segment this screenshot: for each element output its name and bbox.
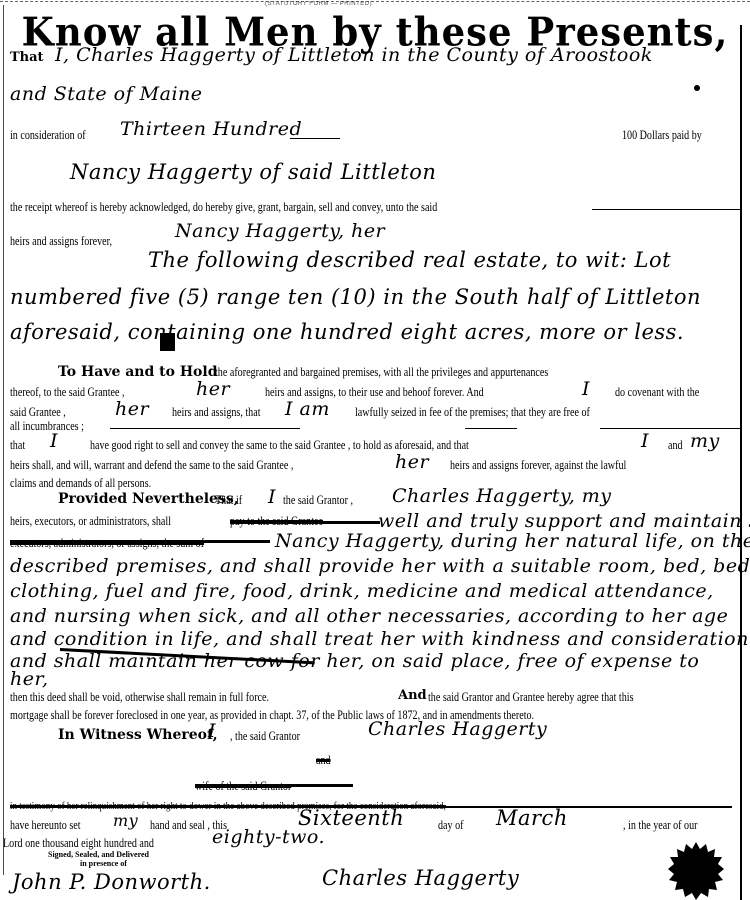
defeasance-line-1a: then this deed shall be void, otherwise … bbox=[10, 690, 269, 705]
grantor-line-2: and State of Maine bbox=[10, 83, 203, 105]
description-line-2: numbered five (5) range ten (10) in the … bbox=[10, 285, 701, 309]
habendum-line-3c: lawfully seized in fee of the premises; … bbox=[355, 405, 590, 420]
covenant-i-2: I bbox=[641, 430, 649, 452]
habendum-her-1: her bbox=[196, 378, 230, 400]
habendum-heading: To Have and to Hold bbox=[58, 364, 218, 380]
month-hand: March bbox=[496, 806, 568, 830]
fill-rule bbox=[290, 138, 340, 139]
day-of-label: day of bbox=[438, 818, 463, 833]
fill-rule bbox=[465, 428, 517, 429]
defeasance-line-1b: the said Grantor and Grantee hereby agre… bbox=[428, 690, 634, 705]
covenant-line-1a: that bbox=[10, 438, 25, 453]
covenant-line-1c: and bbox=[668, 438, 683, 453]
proviso-line-6-hand: and nursing when sick, and all other nec… bbox=[10, 605, 728, 627]
grantor-line-1: I, Charles Haggerty of Littleton in the … bbox=[55, 44, 653, 66]
paid-by-name: Nancy Haggerty of said Littleton bbox=[70, 160, 436, 184]
proviso-line-1a: That if bbox=[215, 493, 242, 508]
habendum-line-4: all incumbrances ; bbox=[10, 419, 84, 434]
covenant-line-2a: heirs shall, and will, warrant and defen… bbox=[10, 458, 293, 473]
lord-line: Lord one thousand eight hundred and bbox=[3, 836, 154, 851]
proviso-line-2-hand: well and truly support and maintain said bbox=[378, 510, 750, 532]
fill-rule bbox=[600, 428, 740, 429]
signed-label-line-1: Signed, Sealed, and Delivered bbox=[48, 850, 149, 859]
proviso-heading: Provided Nevertheless, bbox=[58, 491, 239, 507]
grantee-name-written: Nancy Haggerty, her bbox=[175, 220, 385, 242]
receipt-clause: the receipt whereof is hereby acknowledg… bbox=[10, 200, 437, 215]
signed-label-line-2: in presence of bbox=[48, 859, 149, 868]
heirs-label: heirs and assigns forever, bbox=[10, 234, 112, 249]
consideration-label: in consideration of bbox=[10, 128, 86, 143]
fill-rule bbox=[592, 209, 740, 210]
header-note: (STATUTORY FORM — PRINTED) bbox=[265, 1, 372, 7]
year-label: , in the year of our bbox=[623, 818, 697, 833]
year-hand: eighty-two. bbox=[212, 826, 325, 848]
habendum-line-2c: do covenant with the bbox=[615, 385, 699, 400]
signed-label: Signed, Sealed, and Delivered in presenc… bbox=[48, 850, 149, 868]
proviso-line-7-hand: and condition in life, and shall treat h… bbox=[10, 628, 749, 650]
seal-icon bbox=[668, 842, 724, 900]
struck-and: and bbox=[316, 753, 331, 768]
proviso-line-4-hand: described premises, and shall provide he… bbox=[10, 555, 750, 577]
proviso-line-5-hand: clothing, fuel and fire, food, drink, me… bbox=[10, 580, 714, 602]
testimonium-heading: In Witness Whereof, bbox=[58, 727, 218, 743]
proviso-line-3-hand: Nancy Haggerty, during her natural life,… bbox=[275, 530, 750, 552]
proviso-grantor-hand: Charles Haggerty, my bbox=[392, 485, 612, 507]
covenant-her: her bbox=[395, 451, 429, 473]
covenant-my: my bbox=[690, 430, 720, 452]
witness-signature: John P. Donworth. bbox=[12, 870, 211, 894]
proviso-i: I bbox=[268, 486, 276, 508]
strike-rule bbox=[10, 540, 270, 543]
defeasance-and: And bbox=[398, 688, 427, 703]
habendum-i-am: I am bbox=[285, 398, 330, 420]
strike-rule bbox=[230, 521, 380, 524]
ink-blot bbox=[160, 333, 175, 351]
proviso-line-2a: heirs, executors, or administrators, sha… bbox=[10, 514, 171, 529]
proviso-line-1b: the said Grantor , bbox=[283, 493, 353, 508]
covenant-line-2b: heirs and assigns forever, against the l… bbox=[450, 458, 626, 473]
testimonium-grantor-hand: Charles Haggerty bbox=[368, 718, 547, 740]
proviso-struck-2: executors, administrators, or assigns, t… bbox=[10, 536, 204, 551]
covenant-line-3: claims and demands of all persons. bbox=[10, 476, 151, 491]
covenant-i-1: I bbox=[50, 430, 58, 452]
habendum-line-3a: said Grantee , bbox=[10, 405, 66, 420]
description-line-1: The following described real estate, to … bbox=[148, 248, 671, 272]
habendum-line-3b: heirs and assigns, that bbox=[172, 405, 261, 420]
left-border bbox=[3, 5, 4, 875]
ink-dot bbox=[694, 85, 700, 91]
strike-rule bbox=[195, 784, 353, 787]
fill-rule bbox=[110, 428, 300, 429]
that-label: That bbox=[10, 50, 44, 65]
deed-page: (STATUTORY FORM — PRINTED) Know all Men … bbox=[0, 0, 750, 900]
habendum-line-2a: thereof, to the said Grantee , bbox=[10, 385, 125, 400]
grantor-signature: Charles Haggerty bbox=[322, 866, 519, 890]
top-border bbox=[0, 1, 750, 3]
testimonium-my: my bbox=[113, 811, 138, 830]
consideration-amount: Thirteen Hundred bbox=[120, 118, 302, 140]
right-border bbox=[740, 25, 742, 900]
habendum-i-1: I bbox=[582, 378, 590, 400]
testimonium-line-a: have hereunto set bbox=[10, 818, 81, 833]
habendum-line-1: the aforegranted and bargained premises,… bbox=[215, 365, 548, 380]
habendum-her-2: her bbox=[115, 398, 149, 420]
dollars-label: 100 Dollars paid by bbox=[622, 128, 702, 143]
testimonium-label: , the said Grantor bbox=[230, 729, 300, 744]
testimonium-i: I bbox=[208, 720, 216, 742]
proviso-line-9-hand: her, bbox=[10, 668, 49, 690]
description-line-3: aforesaid, containing one hundred eight … bbox=[10, 320, 684, 344]
